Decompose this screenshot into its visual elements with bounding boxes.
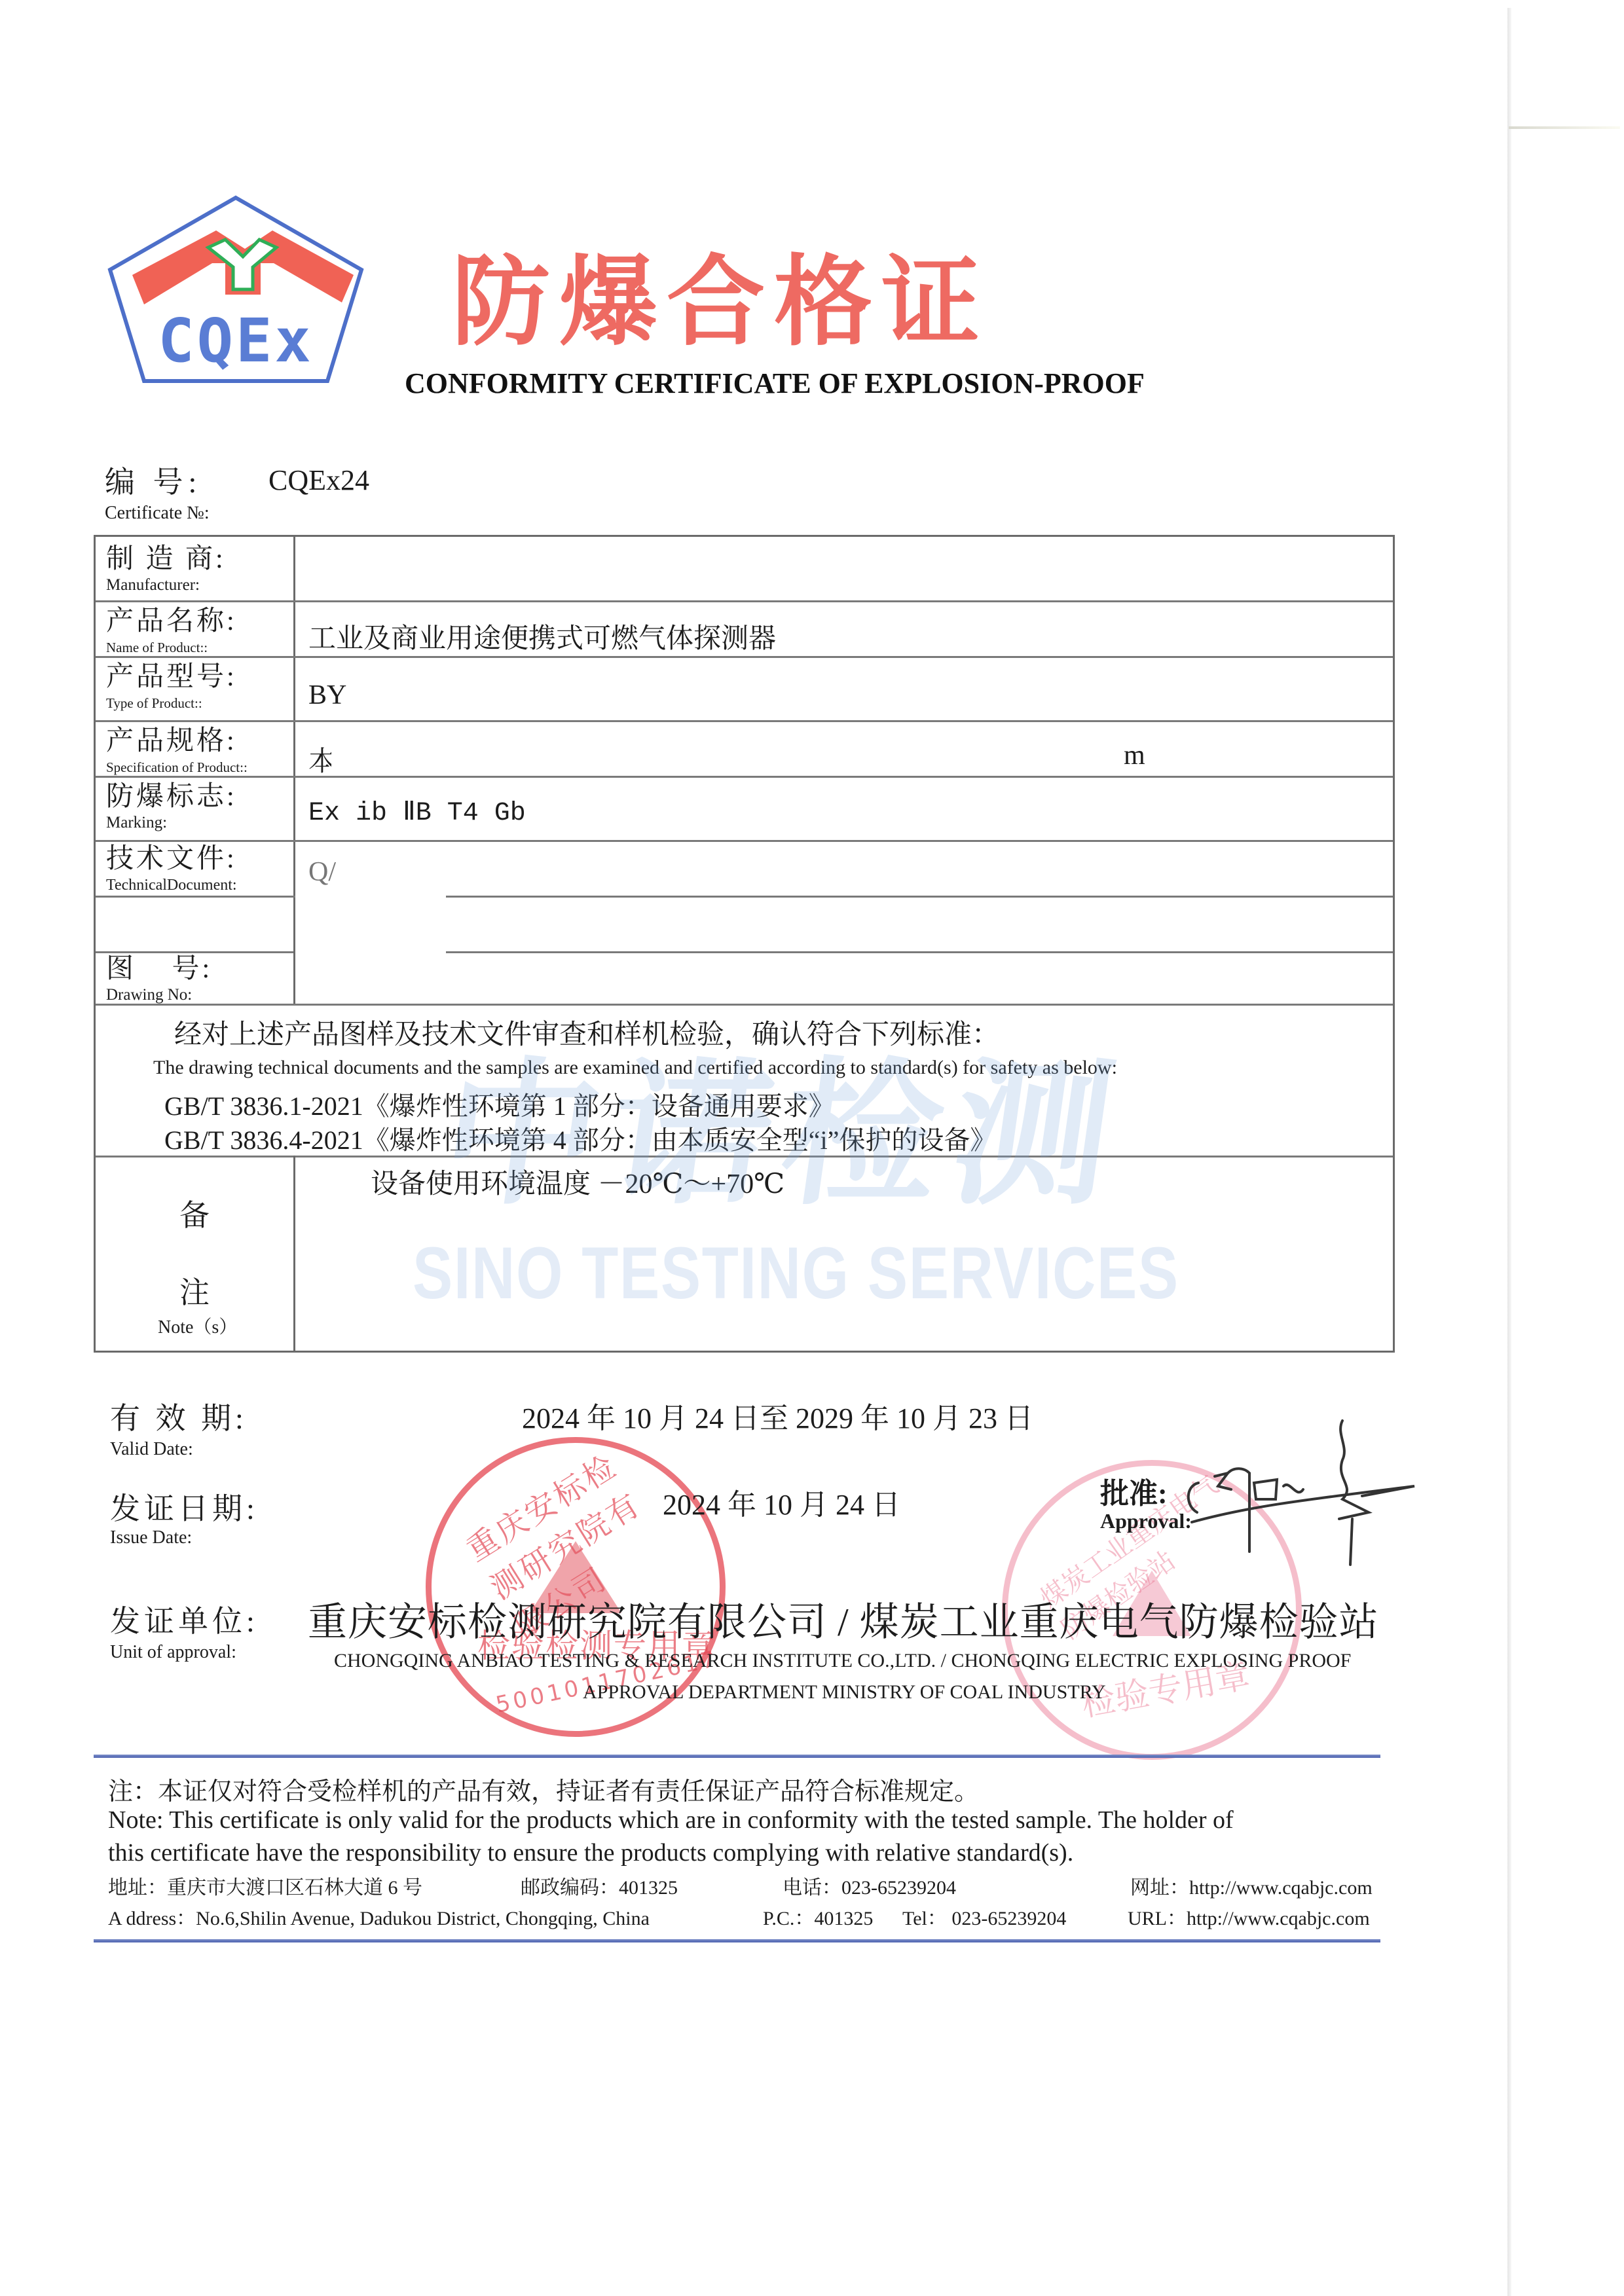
footer-note-en-line1: Note: This certificate is only valid for… xyxy=(108,1806,1234,1834)
unit-name-en-line2: APPROVAL DEPARTMENT MINISTRY OF COAL IND… xyxy=(583,1681,1106,1704)
footer-address-cn: 地址：重庆市大渡口区石林大道 6 号 xyxy=(108,1871,422,1900)
notes-divider xyxy=(293,1156,295,1352)
product-name-label: 产品名称: Name of Product:: xyxy=(106,606,237,658)
certificate-number-label: 编 号: xyxy=(105,458,202,501)
product-name-value: 工业及商业用途便携式可燃气体探测器 xyxy=(308,617,776,656)
unit-label: 发证单位: xyxy=(110,1597,259,1641)
notes-label-en: Note（s） xyxy=(158,1313,237,1339)
issue-date-label-en: Issue Date: xyxy=(110,1527,192,1548)
marking-label: 防爆标志: Marking: xyxy=(106,781,237,833)
marking-value: Ex ib ⅡB T4 Gb xyxy=(308,796,526,828)
issue-date-value: 2024 年 10 月 24 日 xyxy=(663,1481,900,1523)
issue-date-label: 发证日期: xyxy=(110,1485,259,1528)
drawing-number-label: 图 号: Drawing No: xyxy=(106,953,212,1006)
footer-phone-en: Tel： 023-65239204 xyxy=(902,1902,1066,1931)
row-divider xyxy=(443,951,1393,953)
redaction xyxy=(295,890,446,1002)
product-spec-value-tail: m xyxy=(1124,740,1145,771)
signature xyxy=(1179,1408,1441,1571)
approval-label-en: Approval: xyxy=(1100,1509,1192,1533)
technical-document-label: 技术文件: TechnicalDocument: xyxy=(106,843,237,896)
unit-name-en-line1: CHONGQING ANBIAO TESTING & RESEARCH INST… xyxy=(334,1650,1351,1672)
manufacturer-label: 制 造 商: Manufacturer: xyxy=(106,543,226,596)
row-divider xyxy=(96,1004,1393,1006)
footer-postcode-en: P.C.：401325 xyxy=(763,1902,873,1931)
row-divider xyxy=(96,776,1393,778)
footer-phone-cn: 电话：023-65239204 xyxy=(783,1871,956,1900)
product-type-label: 产品型号: Type of Product:: xyxy=(106,661,237,714)
cqex-logo: CQEx xyxy=(105,190,367,386)
product-spec-label: 产品规格: Specification of Product:: xyxy=(106,725,248,778)
redaction xyxy=(331,733,1117,774)
footer-url-cn[interactable]: 网址：http://www.cqabjc.com xyxy=(1130,1871,1373,1900)
footer-top-rule xyxy=(94,1755,1380,1758)
watermark-cn: 中诺检测 xyxy=(430,1008,1142,1234)
row-divider xyxy=(96,840,1393,842)
row-divider xyxy=(96,656,1393,658)
scan-edge xyxy=(1507,8,1511,2296)
watermark-en: SINO TESTING SERVICES xyxy=(413,1231,1179,1315)
row-divider xyxy=(96,896,1393,898)
footer-bottom-rule xyxy=(94,1939,1380,1942)
valid-date-label: 有 效 期: xyxy=(110,1394,248,1438)
row-divider xyxy=(96,600,1393,602)
unit-label-en: Unit of approval: xyxy=(110,1642,236,1663)
footer-address-en: A ddress：No.6,Shilin Avenue, Dadukou Dis… xyxy=(108,1902,650,1931)
scan-edge-mark xyxy=(1509,126,1620,129)
footer-note-cn: 注：本证仅对符合受检样机的产品有效，持证者有责任保证产品符合标准规定。 xyxy=(108,1771,979,1807)
title-chinese: 防爆合格证 xyxy=(452,223,989,364)
footer-note-en-line2: this certificate have the responsibility… xyxy=(108,1838,1073,1867)
row-divider xyxy=(96,720,1393,722)
valid-date-label-en: Valid Date: xyxy=(110,1439,193,1460)
certificate-number-label-en: Certificate №: xyxy=(105,503,210,524)
unit-name-cn: 重庆安标检测研究院有限公司 / 煤炭工业重庆电气防爆检验站 xyxy=(308,1591,1379,1647)
footer-url-en[interactable]: URL：http://www.cqabjc.com xyxy=(1128,1902,1370,1931)
approval-label: 批准: xyxy=(1100,1470,1168,1512)
footer-postcode-cn: 邮政编码：401325 xyxy=(521,1871,678,1900)
notes-label-cn-2: 注 xyxy=(179,1269,210,1312)
title-english: CONFORMITY CERTIFICATE OF EXPLOSION-PROO… xyxy=(405,367,1145,400)
product-type-value: BY xyxy=(308,680,346,711)
valid-date-value: 2024 年 10 月 24 日至 2029 年 10 月 23 日 xyxy=(522,1394,1033,1436)
certificate-number-value: CQEx24 xyxy=(268,464,369,497)
logo-text: CQEx xyxy=(158,306,314,376)
technical-document-value: Q/ xyxy=(308,856,336,888)
notes-label-cn-1: 备 xyxy=(179,1192,210,1235)
